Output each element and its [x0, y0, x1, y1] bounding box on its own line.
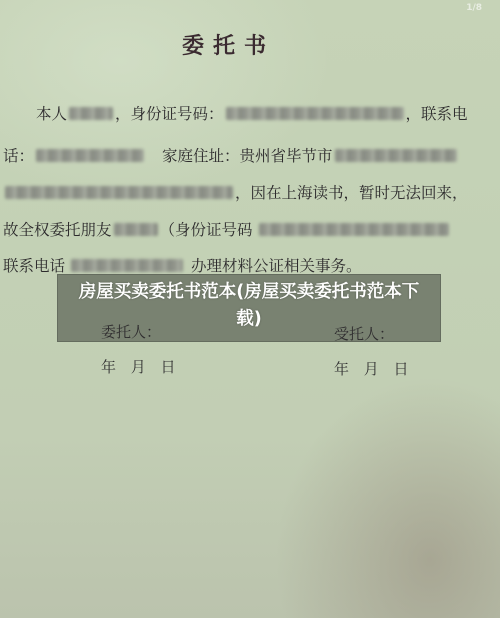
- line-text: ，身份证号码：: [115, 102, 224, 124]
- line-text: 联系电话: [3, 254, 65, 276]
- document-line-2: 话： 家庭住址：贵州省毕节市: [3, 144, 459, 166]
- line-text: 办理材料公证相关事务。: [191, 254, 362, 276]
- redacted-phone: [36, 149, 144, 162]
- redacted-address: [335, 149, 457, 162]
- redacted-name: [69, 107, 113, 120]
- line-text: 话：: [3, 144, 34, 166]
- caption-text: 房屋买卖委托书范本(房屋买卖委托书范本下载): [58, 279, 440, 333]
- line-text: 故全权委托朋友: [3, 218, 112, 240]
- line-text: 本人: [36, 102, 67, 124]
- document-line-4: 故全权委托朋友 （身份证号码: [3, 218, 451, 240]
- caption-overlay: 委托人： 受托人： 房屋买卖委托书范本(房屋买卖委托书范本下载): [57, 274, 441, 342]
- line-text: ，因在上海读书，暂时无法回来，: [235, 181, 468, 203]
- principal-date: 年 月 日: [101, 356, 176, 377]
- redacted-id-number: [226, 107, 404, 120]
- document-line-1: 本人 ，身份证号码： ，联系电: [36, 102, 468, 124]
- agent-date: 年 月 日: [334, 358, 409, 379]
- line-text: 家庭住址：贵州省毕节市: [162, 144, 333, 166]
- page-indicator: 1/8: [466, 3, 482, 13]
- redacted-agent-id: [259, 223, 449, 236]
- document-line-3: ，因在上海读书，暂时无法回来，: [3, 181, 468, 203]
- redacted-agent-name: [114, 223, 158, 236]
- redacted-address-cont: [5, 186, 233, 199]
- document-line-5: 联系电话 办理材料公证相关事务。: [3, 254, 362, 276]
- document-title: 委托书: [182, 29, 275, 60]
- redacted-agent-phone: [71, 259, 183, 272]
- line-text: （身份证号码: [160, 218, 253, 240]
- line-text: ，联系电: [406, 102, 468, 124]
